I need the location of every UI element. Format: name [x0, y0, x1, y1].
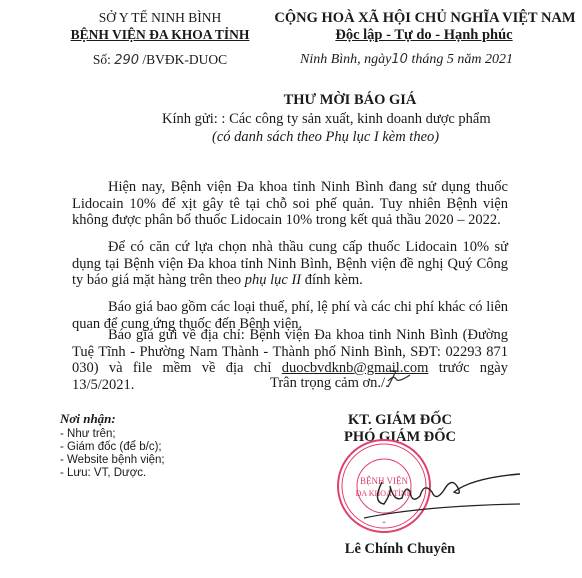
number-suffix: /BVĐK-DUOC	[142, 52, 227, 67]
national-motto: Độc lập - Tự do - Hạnh phúc	[266, 27, 582, 44]
department-name: SỞ Y TẾ NINH BÌNH	[60, 10, 260, 26]
p2-appendix: phụ lục II	[245, 272, 301, 288]
closing-line: Trân trọng cảm ơn./.	[270, 375, 389, 392]
paragraph-1-text: Hiện nay, Bệnh viện Đa khoa tỉnh Ninh Bì…	[72, 179, 508, 229]
recipient-item: - Như trên;	[60, 428, 116, 440]
document-number: Số: 290 /BVĐK-DUOC	[60, 52, 260, 68]
recipients-heading: Nơi nhận:	[60, 411, 116, 427]
signer-name: Lê Chính Chuyên	[300, 541, 500, 558]
number-prefix: Số:	[93, 52, 111, 67]
recipient-item: - Lưu: VT, Dược.	[60, 467, 146, 479]
motto-text: Độc lập - Tự do - Hạnh phúc	[335, 27, 512, 43]
addressee-line: Kính gửi: : Các công ty sản xuất, kinh d…	[162, 111, 491, 128]
signature-icon	[362, 462, 522, 522]
date-prefix: Ninh Bình, ngày	[300, 52, 391, 67]
date-suffix: tháng 5 năm 2021	[411, 52, 513, 67]
hospital-name: BỆNH VIỆN ĐA KHOA TỈNH	[60, 27, 260, 43]
initial-mark-icon	[382, 367, 412, 391]
paragraph-1: Hiện nay, Bệnh viện Đa khoa tỉnh Ninh Bì…	[72, 179, 508, 229]
recipient-item: - Website bệnh viện;	[60, 454, 165, 466]
recipient-item: - Giám đốc (để b/c);	[60, 441, 162, 453]
paragraph-2-text: Để có căn cứ lựa chọn nhà thầu cung cấp …	[72, 239, 508, 289]
document-title: THƯ MỜI BÁO GIÁ	[150, 92, 550, 109]
document-date: Ninh Bình, ngày10 tháng 5 năm 2021	[300, 52, 550, 68]
date-day-handwritten: 10	[391, 52, 408, 67]
number-handwritten: 290	[114, 53, 139, 68]
paragraph-2: Để có căn cứ lựa chọn nhà thầu cung cấp …	[72, 239, 508, 289]
addressee-note: (có danh sách theo Phụ lục I kèm theo)	[212, 129, 439, 146]
nation-title: CỘNG HOÀ XÃ HỘI CHỦ NGHĨA VIỆT NAM	[268, 10, 582, 27]
signature-title-1: KT. GIÁM ĐỐC	[300, 412, 500, 429]
p2-tail: đính kèm.	[301, 272, 363, 288]
hospital-name-text: BỆNH VIỆN ĐA KHOA TỈNH	[71, 27, 250, 42]
